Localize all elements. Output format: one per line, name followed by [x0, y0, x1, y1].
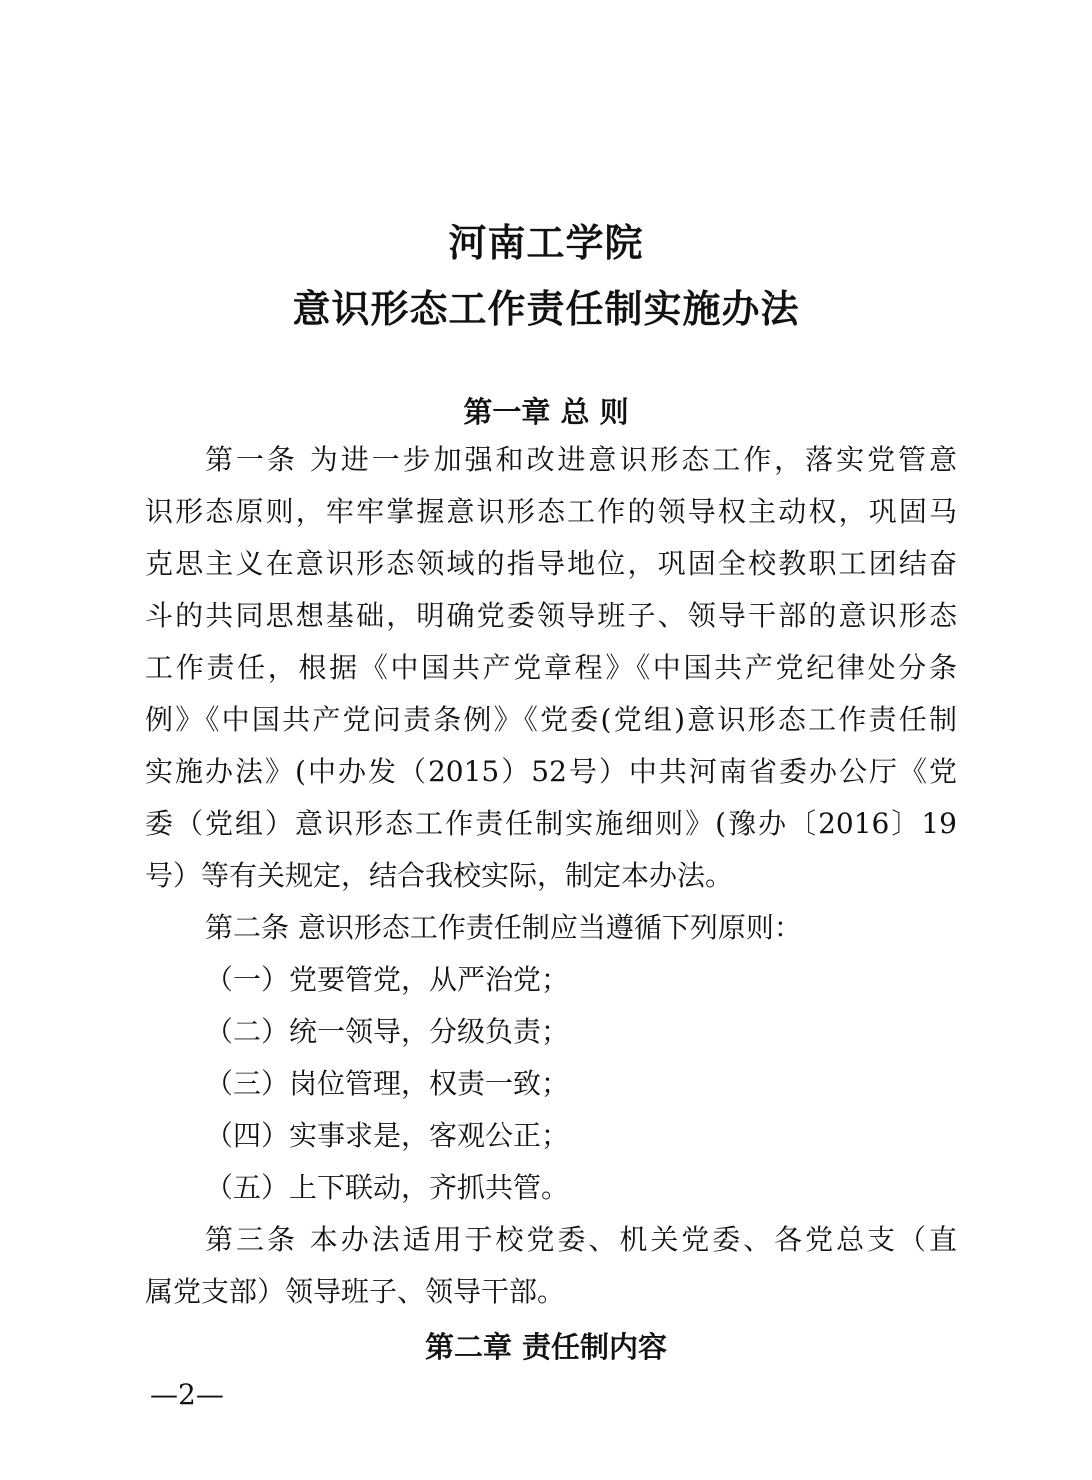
article-3-line: 属党支部）领导班子、领导干部。	[145, 1275, 957, 1309]
article-1-line: 号）等有关规定，结合我校实际，制定本办法。	[145, 859, 957, 893]
article-2-item: （一）党要管党，从严治党；	[205, 963, 957, 997]
chapter-heading-1: 第一章 总 则	[0, 390, 1092, 431]
document-title-institution: 河南工学院	[0, 212, 1092, 267]
article-1-line: 识形态原则，牢牢掌握意识形态工作的领导权主动权，巩固马	[145, 495, 957, 529]
document-title-main: 意识形态工作责任制实施办法	[0, 278, 1092, 333]
article-1-line: 实施办法》(中办发（2015）52号）中共河南省委办公厅《党	[145, 755, 957, 789]
article-2-item: （三）岗位管理，权责一致；	[205, 1067, 957, 1101]
article-1-line: 斗的共同思想基础，明确党委领导班子、领导干部的意识形态	[145, 599, 957, 633]
article-1-line: 工作责任，根据《中国共产党章程》《中国共产党纪律处分条	[145, 651, 957, 685]
article-2-item: （二）统一领导，分级负责；	[205, 1015, 957, 1049]
article-1-line: 克思主义在意识形态领域的指导地位，巩固全校教职工团结奋	[145, 547, 957, 581]
article-1-line: 委（党组）意识形态工作责任制实施细则》(豫办〔2016〕19	[145, 807, 957, 841]
article-2-item: （五）上下联动，齐抓共管。	[205, 1171, 957, 1205]
article-1-line: 第一条 为进一步加强和改进意识形态工作，落实党管意	[205, 443, 957, 477]
article-1-line: 例》《中国共产党问责条例》《党委(党组)意识形态工作责任制	[145, 703, 957, 737]
chapter-heading-2: 第二章 责任制内容	[0, 1325, 1092, 1366]
page-number: —2—	[150, 1378, 224, 1411]
article-2-item: （四）实事求是，客观公正；	[205, 1119, 957, 1153]
article-2-intro: 第二条 意识形态工作责任制应当遵循下列原则：	[205, 911, 957, 945]
article-3-line: 第三条 本办法适用于校党委、机关党委、各党总支（直	[205, 1223, 957, 1257]
